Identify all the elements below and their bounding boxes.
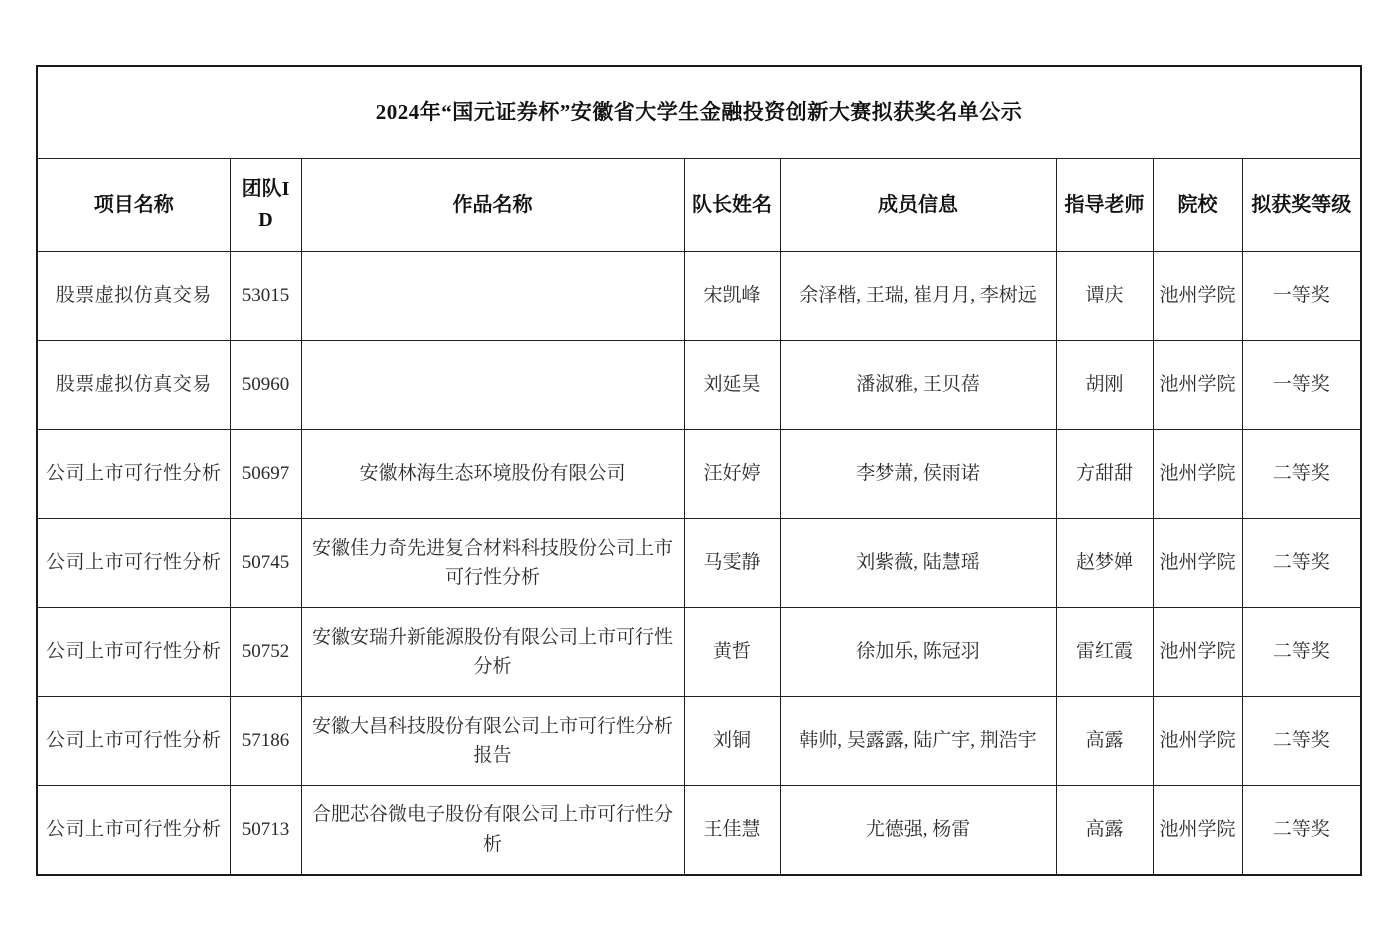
table-row: 公司上市可行性分析 50697 安徽林海生态环境股份有限公司 汪好婷 李梦萧, … xyxy=(37,430,1361,519)
cell-members: 潘淑雅, 王贝蓓 xyxy=(780,341,1056,430)
cell-work: 安徽佳力奇先进复合材料科技股份公司上市可行性分析 xyxy=(301,519,684,608)
cell-school: 池州学院 xyxy=(1153,341,1242,430)
cell-teacher: 方甜甜 xyxy=(1056,430,1153,519)
cell-school: 池州学院 xyxy=(1153,608,1242,697)
cell-captain: 刘延昊 xyxy=(684,341,780,430)
cell-team-id: 50697 xyxy=(230,430,301,519)
table-row: 公司上市可行性分析 50752 安徽安瑞升新能源股份有限公司上市可行性分析 黄哲… xyxy=(37,608,1361,697)
cell-teacher: 高露 xyxy=(1056,697,1153,786)
cell-project: 公司上市可行性分析 xyxy=(37,519,230,608)
cell-project: 公司上市可行性分析 xyxy=(37,430,230,519)
cell-members: 尤德强, 杨雷 xyxy=(780,786,1056,875)
cell-members: 余泽楷, 王瑞, 崔月月, 李树远 xyxy=(780,252,1056,341)
table-row: 股票虚拟仿真交易 53015 宋凯峰 余泽楷, 王瑞, 崔月月, 李树远 谭庆 … xyxy=(37,252,1361,341)
cell-work xyxy=(301,252,684,341)
document-page: 2024年“国元证券杯”安徽省大学生金融投资创新大赛拟获奖名单公示 项目名称 团… xyxy=(0,0,1392,928)
cell-members: 韩帅, 吴露露, 陆广宇, 荆浩宇 xyxy=(780,697,1056,786)
cell-captain: 王佳慧 xyxy=(684,786,780,875)
award-list-table: 2024年“国元证券杯”安徽省大学生金融投资创新大赛拟获奖名单公示 项目名称 团… xyxy=(36,65,1362,876)
cell-captain: 汪好婷 xyxy=(684,430,780,519)
header-row: 项目名称 团队ID 作品名称 队长姓名 成员信息 指导老师 院校 拟获奖等级 xyxy=(37,159,1361,252)
cell-award: 二等奖 xyxy=(1242,608,1361,697)
cell-award: 二等奖 xyxy=(1242,786,1361,875)
cell-award: 二等奖 xyxy=(1242,697,1361,786)
cell-captain: 马雯静 xyxy=(684,519,780,608)
cell-school: 池州学院 xyxy=(1153,519,1242,608)
cell-teacher: 赵梦婵 xyxy=(1056,519,1153,608)
cell-team-id: 50745 xyxy=(230,519,301,608)
cell-teacher: 谭庆 xyxy=(1056,252,1153,341)
cell-members: 徐加乐, 陈冠羽 xyxy=(780,608,1056,697)
cell-work: 安徽安瑞升新能源股份有限公司上市可行性分析 xyxy=(301,608,684,697)
cell-school: 池州学院 xyxy=(1153,252,1242,341)
cell-captain: 刘铜 xyxy=(684,697,780,786)
cell-school: 池州学院 xyxy=(1153,430,1242,519)
header-members: 成员信息 xyxy=(780,159,1056,252)
cell-teacher: 雷红霞 xyxy=(1056,608,1153,697)
table-row: 公司上市可行性分析 57186 安徽大昌科技股份有限公司上市可行性分析报告 刘铜… xyxy=(37,697,1361,786)
cell-teacher: 高露 xyxy=(1056,786,1153,875)
header-teacher: 指导老师 xyxy=(1056,159,1153,252)
cell-team-id: 50752 xyxy=(230,608,301,697)
header-school: 院校 xyxy=(1153,159,1242,252)
cell-teacher: 胡刚 xyxy=(1056,341,1153,430)
cell-project: 股票虚拟仿真交易 xyxy=(37,341,230,430)
header-team-id: 团队ID xyxy=(230,159,301,252)
table-row: 公司上市可行性分析 50713 合肥芯谷微电子股份有限公司上市可行性分析 王佳慧… xyxy=(37,786,1361,875)
header-award: 拟获奖等级 xyxy=(1242,159,1361,252)
cell-members: 刘紫薇, 陆慧瑶 xyxy=(780,519,1056,608)
cell-team-id: 57186 xyxy=(230,697,301,786)
cell-award: 二等奖 xyxy=(1242,519,1361,608)
cell-work xyxy=(301,341,684,430)
cell-work: 合肥芯谷微电子股份有限公司上市可行性分析 xyxy=(301,786,684,875)
header-work: 作品名称 xyxy=(301,159,684,252)
cell-work: 安徽大昌科技股份有限公司上市可行性分析报告 xyxy=(301,697,684,786)
cell-work: 安徽林海生态环境股份有限公司 xyxy=(301,430,684,519)
cell-award: 一等奖 xyxy=(1242,341,1361,430)
cell-project: 股票虚拟仿真交易 xyxy=(37,252,230,341)
cell-captain: 宋凯峰 xyxy=(684,252,780,341)
cell-award: 二等奖 xyxy=(1242,430,1361,519)
header-captain: 队长姓名 xyxy=(684,159,780,252)
header-project: 项目名称 xyxy=(37,159,230,252)
cell-school: 池州学院 xyxy=(1153,786,1242,875)
cell-project: 公司上市可行性分析 xyxy=(37,697,230,786)
cell-school: 池州学院 xyxy=(1153,697,1242,786)
table-row: 股票虚拟仿真交易 50960 刘延昊 潘淑雅, 王贝蓓 胡刚 池州学院 一等奖 xyxy=(37,341,1361,430)
cell-award: 一等奖 xyxy=(1242,252,1361,341)
page-title: 2024年“国元证券杯”安徽省大学生金融投资创新大赛拟获奖名单公示 xyxy=(37,66,1361,159)
cell-project: 公司上市可行性分析 xyxy=(37,608,230,697)
title-row: 2024年“国元证券杯”安徽省大学生金融投资创新大赛拟获奖名单公示 xyxy=(37,66,1361,159)
cell-team-id: 50713 xyxy=(230,786,301,875)
cell-project: 公司上市可行性分析 xyxy=(37,786,230,875)
cell-captain: 黄哲 xyxy=(684,608,780,697)
table-row: 公司上市可行性分析 50745 安徽佳力奇先进复合材料科技股份公司上市可行性分析… xyxy=(37,519,1361,608)
cell-team-id: 53015 xyxy=(230,252,301,341)
cell-members: 李梦萧, 侯雨诺 xyxy=(780,430,1056,519)
cell-team-id: 50960 xyxy=(230,341,301,430)
